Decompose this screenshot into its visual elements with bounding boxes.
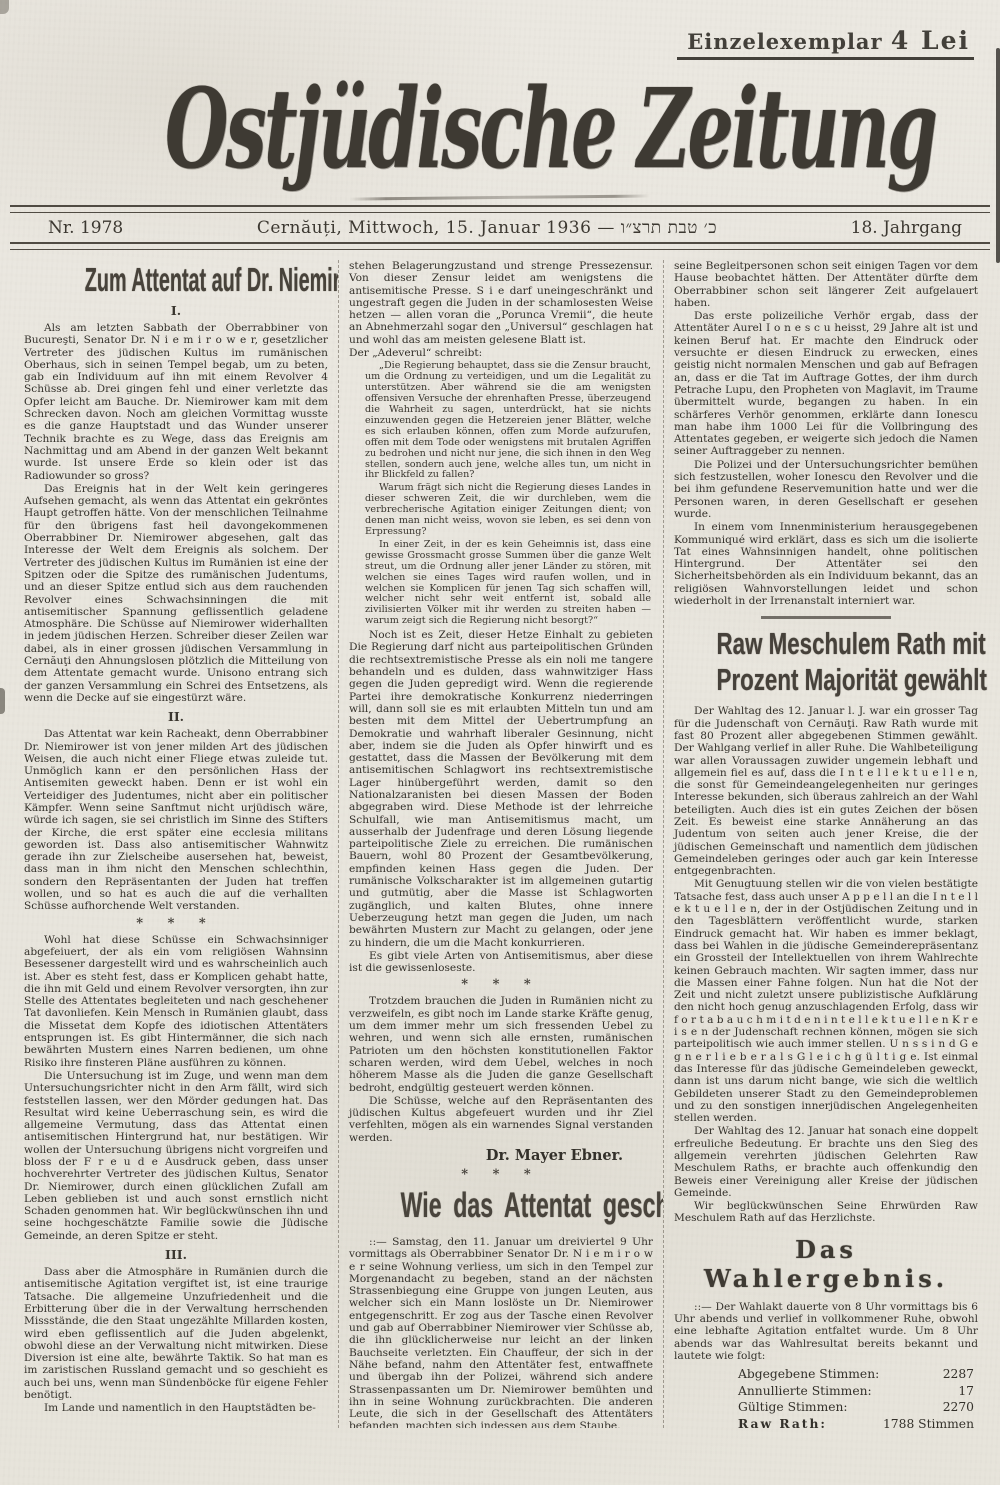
article-paragraph: Wohl hat diese Schüsse ein Schwachsinnig… bbox=[24, 934, 328, 1069]
result-row: Gültige Stimmen: 2270 bbox=[738, 1399, 974, 1416]
article-paragraph: In einem vom Innenministerium herausgege… bbox=[674, 521, 978, 607]
scan-artifact bbox=[996, 48, 1000, 263]
section-label-3: III. bbox=[24, 1247, 328, 1262]
price-text: Einzelexemplar bbox=[687, 29, 882, 54]
article-paragraph: Dass aber die Atmosphäre in Rumänien dur… bbox=[24, 1266, 328, 1401]
stars-separator: * * * bbox=[349, 1167, 653, 1182]
article-paragraph: stehen Belagerungzustand und strenge Pre… bbox=[349, 260, 653, 346]
result-label: Gültige Stimmen: bbox=[738, 1399, 848, 1416]
result-value: 2287 bbox=[943, 1366, 974, 1383]
price-label: Einzelexemplar 4 Lei bbox=[677, 26, 974, 60]
result-label: Annullierte Stimmen: bbox=[738, 1383, 872, 1400]
result-label: Abgegebene Stimmen: bbox=[738, 1366, 879, 1383]
result-label: Raw Rath: bbox=[738, 1416, 827, 1428]
section-divider bbox=[761, 616, 891, 619]
section-label-1: I. bbox=[24, 303, 328, 318]
result-row-winner: Raw Rath: 1788 Stimmen bbox=[738, 1416, 974, 1428]
quote-lead: Der „Adeverul“ schreibt: bbox=[349, 347, 653, 359]
results-headline: Das Wahlergebnis. bbox=[674, 1235, 978, 1293]
newspaper-title: Ostjüdische Zeitung bbox=[165, 61, 935, 198]
article-paragraph: ::— Samstag, den 11. Januar um dreiviert… bbox=[349, 1236, 653, 1428]
volume-label: 18. Jahrgang bbox=[851, 218, 962, 238]
quote-paragraph: Warum frägt sich nicht die Regierung die… bbox=[365, 483, 651, 538]
article1-headline: Zum Attentat auf Dr. Niemirower bbox=[85, 262, 267, 298]
article-paragraph: Der Wahltag des 12. Januar l. J. war ein… bbox=[674, 705, 978, 877]
article-paragraph: Mit Genugtuung stellen wir die von viele… bbox=[674, 878, 978, 1124]
scan-artifact bbox=[0, 688, 5, 714]
issue-number: Nr. 1978 bbox=[48, 218, 123, 238]
column-1: Zum Attentat auf Dr. Niemirower I. Als a… bbox=[14, 260, 338, 1428]
quote-paragraph: „Die Regierung behauptet, dass sie die Z… bbox=[365, 361, 651, 481]
article3-headline-line2: Prozent Majorität gewählt. bbox=[717, 662, 936, 698]
quote-paragraph: In einer Zeit, in der es kein Geheimnis … bbox=[365, 540, 651, 627]
price-row: Einzelexemplar 4 Lei bbox=[0, 0, 1000, 60]
article-paragraph: Trotzdem brauchen die Juden in Rumänien … bbox=[349, 995, 653, 1093]
column-layout: Zum Attentat auf Dr. Niemirower I. Als a… bbox=[14, 260, 988, 1428]
article-paragraph: Noch ist es Zeit, dieser Hetze Einhalt z… bbox=[349, 629, 653, 949]
result-value: 17 bbox=[958, 1383, 974, 1400]
rule-top bbox=[10, 205, 990, 213]
article-paragraph: Als am letzten Sabbath der Oberrabbiner … bbox=[24, 322, 328, 482]
dateline: Nr. 1978 Cernăuți, Mittwoch, 15. Januar … bbox=[0, 213, 1000, 242]
article2-headline: Wie das Attentat geschah bbox=[401, 1186, 602, 1226]
article-paragraph: Das Attentat war kein Racheakt, denn Obe… bbox=[24, 728, 328, 912]
author-signature: Dr. Mayer Ebner. bbox=[349, 1147, 623, 1164]
result-row: Annullierte Stimmen: 17 bbox=[738, 1383, 974, 1400]
article-paragraph: Im Lande und namentlich in den Hauptstäd… bbox=[24, 1402, 328, 1414]
article-paragraph: Die Schüsse, welche auf den Repräsentant… bbox=[349, 1095, 653, 1144]
result-row: Abgegebene Stimmen: 2287 bbox=[738, 1366, 974, 1383]
article-paragraph: Der Wahltag des 12. Januar hat sonach ei… bbox=[674, 1125, 978, 1199]
result-value: 1788 Stimmen bbox=[883, 1416, 974, 1428]
stars-separator: * * * bbox=[349, 977, 653, 992]
article-paragraph: Die Polizei und der Untersuchungsrichter… bbox=[674, 459, 978, 520]
results-intro: ::— Der Wahlakt dauerte von 8 Uhr vormit… bbox=[674, 1301, 978, 1362]
election-results-table: Abgegebene Stimmen: 2287 Annullierte Sti… bbox=[738, 1366, 974, 1428]
stars-separator: * * * bbox=[24, 916, 328, 931]
rule-bottom bbox=[10, 242, 990, 250]
article-paragraph: Das Ereignis hat in der Welt kein gering… bbox=[24, 483, 328, 704]
newspaper-page: Einzelexemplar 4 Lei Ostjüdische Zeitung… bbox=[0, 0, 1000, 1485]
article-paragraph: Das erste polizeiliche Verhör ergab, das… bbox=[674, 310, 978, 458]
article-paragraph: Es gibt viele Arten von Antisemitismus, … bbox=[349, 950, 653, 975]
section-label-2: II. bbox=[24, 709, 328, 724]
article-paragraph: Wir beglückwünschen Seine Ehrwürden Raw … bbox=[674, 1200, 978, 1225]
column-3: seine Begleitpersonen schon seit einigen… bbox=[663, 260, 988, 1428]
dateline-text: Cernăuți, Mittwoch, 15. Januar 1936 — כ׳… bbox=[123, 218, 850, 238]
result-value: 2270 bbox=[943, 1399, 974, 1416]
article-paragraph: Die Untersuchung ist im Zuge, und wenn m… bbox=[24, 1070, 328, 1242]
price-value: 4 Lei bbox=[891, 26, 970, 55]
article-paragraph: seine Begleitpersonen schon seit einigen… bbox=[674, 260, 978, 309]
masthead: Ostjüdische Zeitung bbox=[0, 64, 1000, 199]
column-2: stehen Belagerungzustand und strenge Pre… bbox=[338, 260, 663, 1428]
article3-headline-line1: Raw Meschulem Rath mit fast 80 bbox=[717, 626, 936, 662]
